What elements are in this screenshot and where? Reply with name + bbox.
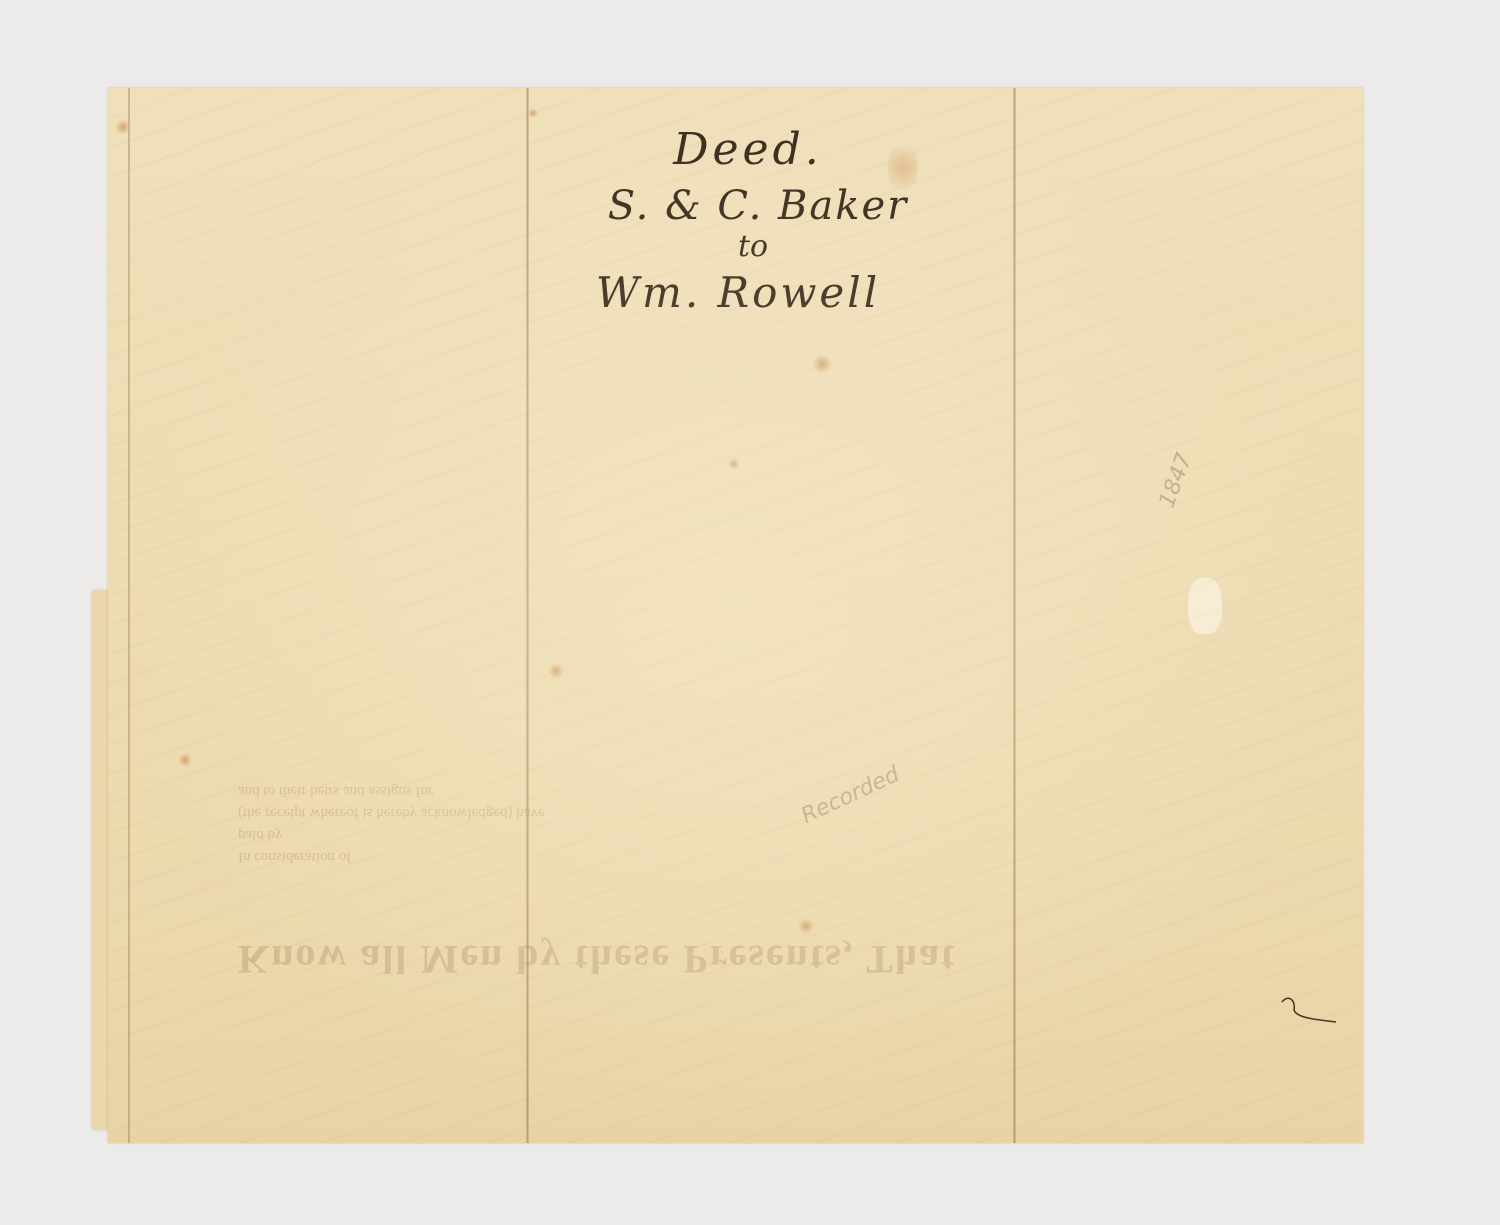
endorsement-grantee: Wm. Rowell — [498, 272, 978, 314]
foxing-spot — [728, 458, 740, 470]
paper-repair-patch — [1188, 578, 1222, 634]
foxing-spot — [178, 753, 192, 767]
bleed-through-line: and to their heirs and assigns for — [238, 780, 433, 802]
bleed-through-line: (the receipt whereof is hereby acknowled… — [238, 802, 545, 824]
bleed-through-line: paid by — [238, 824, 283, 846]
left-edge-fold — [128, 88, 130, 1143]
foxing-spot — [798, 918, 814, 934]
foxing-spot — [813, 353, 831, 375]
pencil-recorded-note: Recorded — [798, 762, 904, 829]
foxing-spot — [528, 108, 538, 118]
endorsement-title: Deed. — [518, 128, 978, 172]
endorsement-grantors: S. & C. Baker — [538, 186, 978, 226]
endorsement-connector: to — [528, 232, 978, 262]
bleed-through-heading: Know all Men by these Presents, That — [238, 936, 956, 983]
handwritten-endorsement: Deed. S. & C. Baker to Wm. Rowell — [558, 128, 978, 314]
pencil-year-note: 1847 — [1155, 450, 1198, 511]
foxing-spot — [548, 663, 564, 679]
bleed-through-line: In consideration of — [238, 846, 351, 868]
foxing-spot — [116, 118, 130, 136]
deed-document: Deed. S. & C. Baker to Wm. Rowell 1847 R… — [108, 88, 1363, 1143]
ink-squiggle-mark — [1280, 996, 1340, 1036]
fold-line-right — [1013, 88, 1016, 1143]
